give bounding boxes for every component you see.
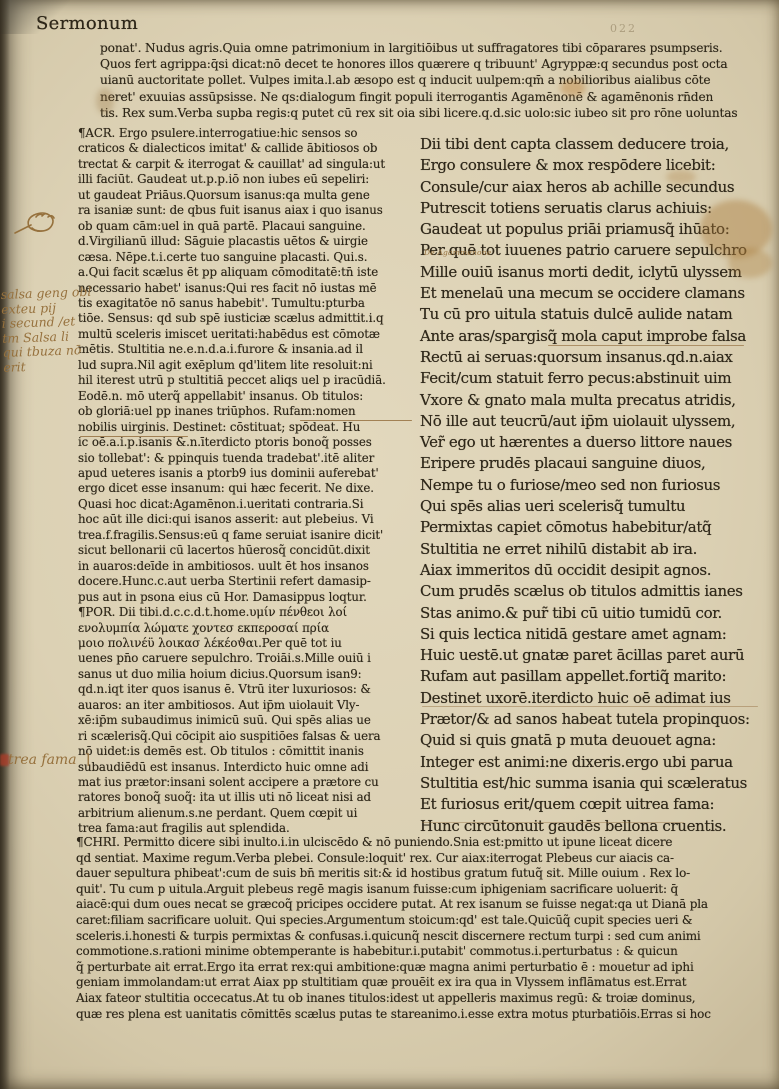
text-line: a.Qui facit scælus ēt pp aliquam cōmodit… <box>78 265 418 280</box>
interlinear-note: De Agammenone <box>424 248 491 257</box>
text-line: Eodē.n. mō uterq̃ appellabit' insanus. O… <box>78 389 418 404</box>
text-line: tiōe. Sensus: qd sub spē iusticiæ scælus… <box>78 311 418 326</box>
text-line: ri scælerisq̃.Qui cōcipit aio suspitiōes… <box>78 729 418 744</box>
margin-note-upper: salsa geng oblexteu piji secund /ettm Sa… <box>1 284 114 375</box>
text-line: hil iterest utrū p stultitiā peccet aliq… <box>78 373 418 388</box>
text-line: Aiax immeritos dū occidit desipit agnos. <box>420 560 772 581</box>
text-line: geniam immolandam:ut errat Aiax pp stult… <box>76 975 772 991</box>
text-line: Nō ille aut teucrū/aut ip̄m uiolauit uly… <box>420 411 772 432</box>
text-line: d.Virgilianū illud: Sāguie placastis uēt… <box>78 234 418 249</box>
text-line: Ver̃ ego ut hærentes a duerso littore na… <box>420 432 772 453</box>
text-line: auaros: an iter ambitiosos. Aut ip̄m uio… <box>78 698 418 713</box>
text-line: q̃ perturbate ait errat.Ergo ita errat r… <box>76 960 772 976</box>
text-line: Mille ouiū isanus morti dedit, iclytū ul… <box>420 262 772 283</box>
text-line: Permixtas capiet cōmotus habebitur/atq̃ <box>420 517 772 538</box>
manicule-icon <box>12 200 66 250</box>
margin-bracket: ⌉ <box>85 752 90 768</box>
text-line: ob quam cām:uel in quā partē. Placaui sa… <box>78 219 418 234</box>
page-title: Sermonum <box>36 13 138 34</box>
text-line: Stas animo.& pur̃ tibi cū uitio tumidū c… <box>420 603 772 624</box>
text-line: Fecit/cum statuit ferro pecus:abstinuit … <box>420 368 772 389</box>
text-line: in auaros:deīde in ambitiosos. uult ēt h… <box>78 559 418 574</box>
folio-number: 022 <box>610 22 637 35</box>
text-line: Prætor/& ad sanos habeat tutela propinqu… <box>420 709 772 730</box>
text-line: sio tollebat': & ppinquis tuenda tradeba… <box>78 451 418 466</box>
text-line: ic oē.a.i.p.isanis &.n.īterdicto ptoris … <box>78 435 418 450</box>
text-line: ¶CHRI. Permitto dicere sibi inulto.i.in … <box>76 835 772 851</box>
text-line: Ante aras/spargisq̃ mola caput improbe f… <box>420 326 772 347</box>
text-line: ob gloriā:uel pp inanes triūphos. Rufam:… <box>78 404 418 419</box>
intro-paragraph: ponat'. Nudus agris.Quia omne patrimoniu… <box>100 40 772 121</box>
text-line: neret' exuuias assūpsisse. Ne qs:dialogu… <box>100 89 772 105</box>
text-line: Quid si quis gnatā p muta deuouet agna: <box>420 730 772 751</box>
text-line: multū sceleris imiscet ueritati:habēdus … <box>78 327 418 342</box>
bottom-commentary-block: ¶CHRI. Permitto dicere sibi inulto.i.in … <box>76 835 772 1022</box>
text-line: quit'. Tu cum p uitula.Arguit plebeus re… <box>76 882 772 898</box>
text-line: Vxore & gnato mala multa precatus atridi… <box>420 390 772 411</box>
text-line: Huic uestē.ut gnatæ paret ācillas paret … <box>420 645 772 666</box>
text-line: ponat'. Nudus agris.Quia omne patrimoniu… <box>100 40 772 56</box>
margin-note-lower: trea fama⌉ <box>8 752 90 768</box>
text-line: Ergo consulere & mox respōdere licebit: <box>420 155 772 176</box>
text-line: illi faciūt. Gaudeat ut.p.p.iō non iubes… <box>78 172 418 187</box>
text-line: caret:filiam sacrificare uoluit. Qui spe… <box>76 913 772 929</box>
text-line: Cum prudēs scælus ob titulos admittis ia… <box>420 581 772 602</box>
text-line: Dii tibi dent capta classem deducere tro… <box>420 134 772 155</box>
text-line: ratores bonoq̃ suoq̃: ita ut illis uti n… <box>78 790 418 805</box>
text-line: ergo dicet esse insanum: qui hæc fecerit… <box>78 481 418 496</box>
text-line: craticos & dialecticos imitat' & callide… <box>78 141 418 156</box>
text-line: tis exagitatōe nō sanus habebit'. Tumult… <box>78 296 418 311</box>
text-line: Eripere prudēs placaui sanguine diuos, <box>420 453 772 474</box>
text-line: Qui spēs alias ueri scelerisq̃ tumultu <box>420 496 772 517</box>
text-line: uianū auctoritate pollet. Vulpes imita.l… <box>100 72 772 88</box>
text-line: ¶POR. Dii tibi.d.c.c.d.t.home.υμίν πένθε… <box>78 605 418 620</box>
text-line: Gaudeat ut populus priāi priamusq̃ ihūat… <box>420 219 772 240</box>
text-line: Integer est animi:ne dixeris.ergo ubi pa… <box>420 752 772 773</box>
text-line: xē:ip̄m subaudimus inimicū suū. Qui spēs… <box>78 713 418 728</box>
text-line: arbitrium alienum.s.ne perdant. Quem cœp… <box>78 806 418 821</box>
text-line: dauer sepultura phibeat':cum de suis bn̄… <box>76 866 772 882</box>
binding-edge-shadow <box>0 0 10 1089</box>
text-line: Aiax fateor stultitia occecatus.At tu ob… <box>76 991 772 1007</box>
text-line: quæ res plena est uanitatis cōmittēs scæ… <box>76 1007 772 1023</box>
text-line: Et furiosus erit/quem cœpit uitrea fama: <box>420 794 772 815</box>
text-line: Nempe tu o furiose/meo sed non furiosus <box>420 475 772 496</box>
text-line: mat ius prætor:insani solent accipere a … <box>78 775 418 790</box>
text-line: apud ueteres isanis a ptorb9 ius dominii… <box>78 466 418 481</box>
text-line: nō uidet:is demēs est. Ob titulos : cōmi… <box>78 744 418 759</box>
text-line: sanus ut duo milia hoium dicius.Quorsum … <box>78 667 418 682</box>
text-line: Tu cū pro uitula statuis dulcē aulide na… <box>420 304 772 325</box>
text-line: Hunc circūtonuit gaudēs bellona cruentis… <box>420 816 772 837</box>
text-line: Quos fert agrippa:q̄si dicat:nō decet te… <box>100 56 772 72</box>
text-line: ra isaniæ sunt: de qbus fuit isanus aiax… <box>78 203 418 218</box>
text-line: qd sentiat. Maxime regum.Verba plebei. C… <box>76 851 772 867</box>
text-line: Stultitia ne erret nihilū distabit ab ir… <box>420 539 772 560</box>
text-line: pus aut in psona eius cū Hor. Damasippus… <box>78 590 418 605</box>
text-line: lud supra.Nil agit exēplum qd'litem lite… <box>78 358 418 373</box>
text-line: cæsa. Nēpe.t.i.certe tuo sanguine placas… <box>78 250 418 265</box>
text-line: hoc aūt ille dici:qui isanos asserit: au… <box>78 512 418 527</box>
text-line: Rectū ai seruas:quorsum insanus.qd.n.aia… <box>420 347 772 368</box>
margin-note-lower-text: trea fama <box>8 752 77 768</box>
text-line: ¶ACR. Ergo psulere.interrogatiue:hic sen… <box>78 126 418 141</box>
text-line: nobilis uirginis. Destinet: cōstituat; s… <box>78 420 418 435</box>
text-line: μοιο πολινέϋ λοικασ λέκέοϑαι.Per quē tot… <box>78 636 418 651</box>
book-page-scan: Sermonum 022 ponat'. Nudus agris.Quia om… <box>0 0 779 1089</box>
text-line: Quasi hoc dicat:Agamēnon.i.ueritati cont… <box>78 497 418 512</box>
text-line: necessario habet' isanus:Qui res facit n… <box>78 281 418 296</box>
text-line: Si quis lectica nitidā gestare amet agna… <box>420 624 772 645</box>
text-line: sceleris.i.honesti & turpis permixtas & … <box>76 929 772 945</box>
text-line: aiacē:qui dum oues necat se græcoq̃ pric… <box>76 897 772 913</box>
text-line: tis. Rex sum.Verba supba regis:q putet c… <box>100 105 772 121</box>
text-line: Consule/cur aiax heros ab achille secund… <box>420 177 772 198</box>
text-line: trea.f.fragilis.Sensus:eū q fame seruiat… <box>78 528 418 543</box>
text-line: docere.Hunc.c.aut uerba Stertinii refert… <box>78 574 418 589</box>
red-ink-mark <box>0 754 9 766</box>
text-line: Stultitia est/hic summa isania qui scæle… <box>420 773 772 794</box>
text-line: commotione.s.rationi minime obtemperante… <box>76 944 772 960</box>
left-commentary-column: ¶ACR. Ergo psulere.interrogatiue:hic sen… <box>78 126 418 837</box>
text-line: Rufam aut pasillam appellet.fortiq̃ mari… <box>420 666 772 687</box>
text-line: ut gaudeat Priāus.Quorsum isanus:qa mult… <box>78 188 418 203</box>
text-line: uenes pn̄o caruere sepulchro. Troiāi.s.M… <box>78 651 418 666</box>
text-line: trectat & carpit & iterrogat & cauillat'… <box>78 157 418 172</box>
text-line: qd.n.iqt iter quos isanus ē. Vtrū iter l… <box>78 682 418 697</box>
text-line: ενολυμπία λώματε χοντεσ εκπεροσαί πρία <box>78 621 418 636</box>
text-line: sicut bellonarii cū lacertos hūerosq̃ co… <box>78 543 418 558</box>
text-line: Et menelaū una mecum se occidere clamans <box>420 283 772 304</box>
right-verse-column: Dii tibi dent capta classem deducere tro… <box>420 134 772 837</box>
text-line: subaudiēdū est insanus. Interdicto huic … <box>78 760 418 775</box>
text-line: Putrescit totiens seruatis clarus achiui… <box>420 198 772 219</box>
text-line: mētis. Stultitia ne.e.n.d.a.i.furore & i… <box>78 342 418 357</box>
